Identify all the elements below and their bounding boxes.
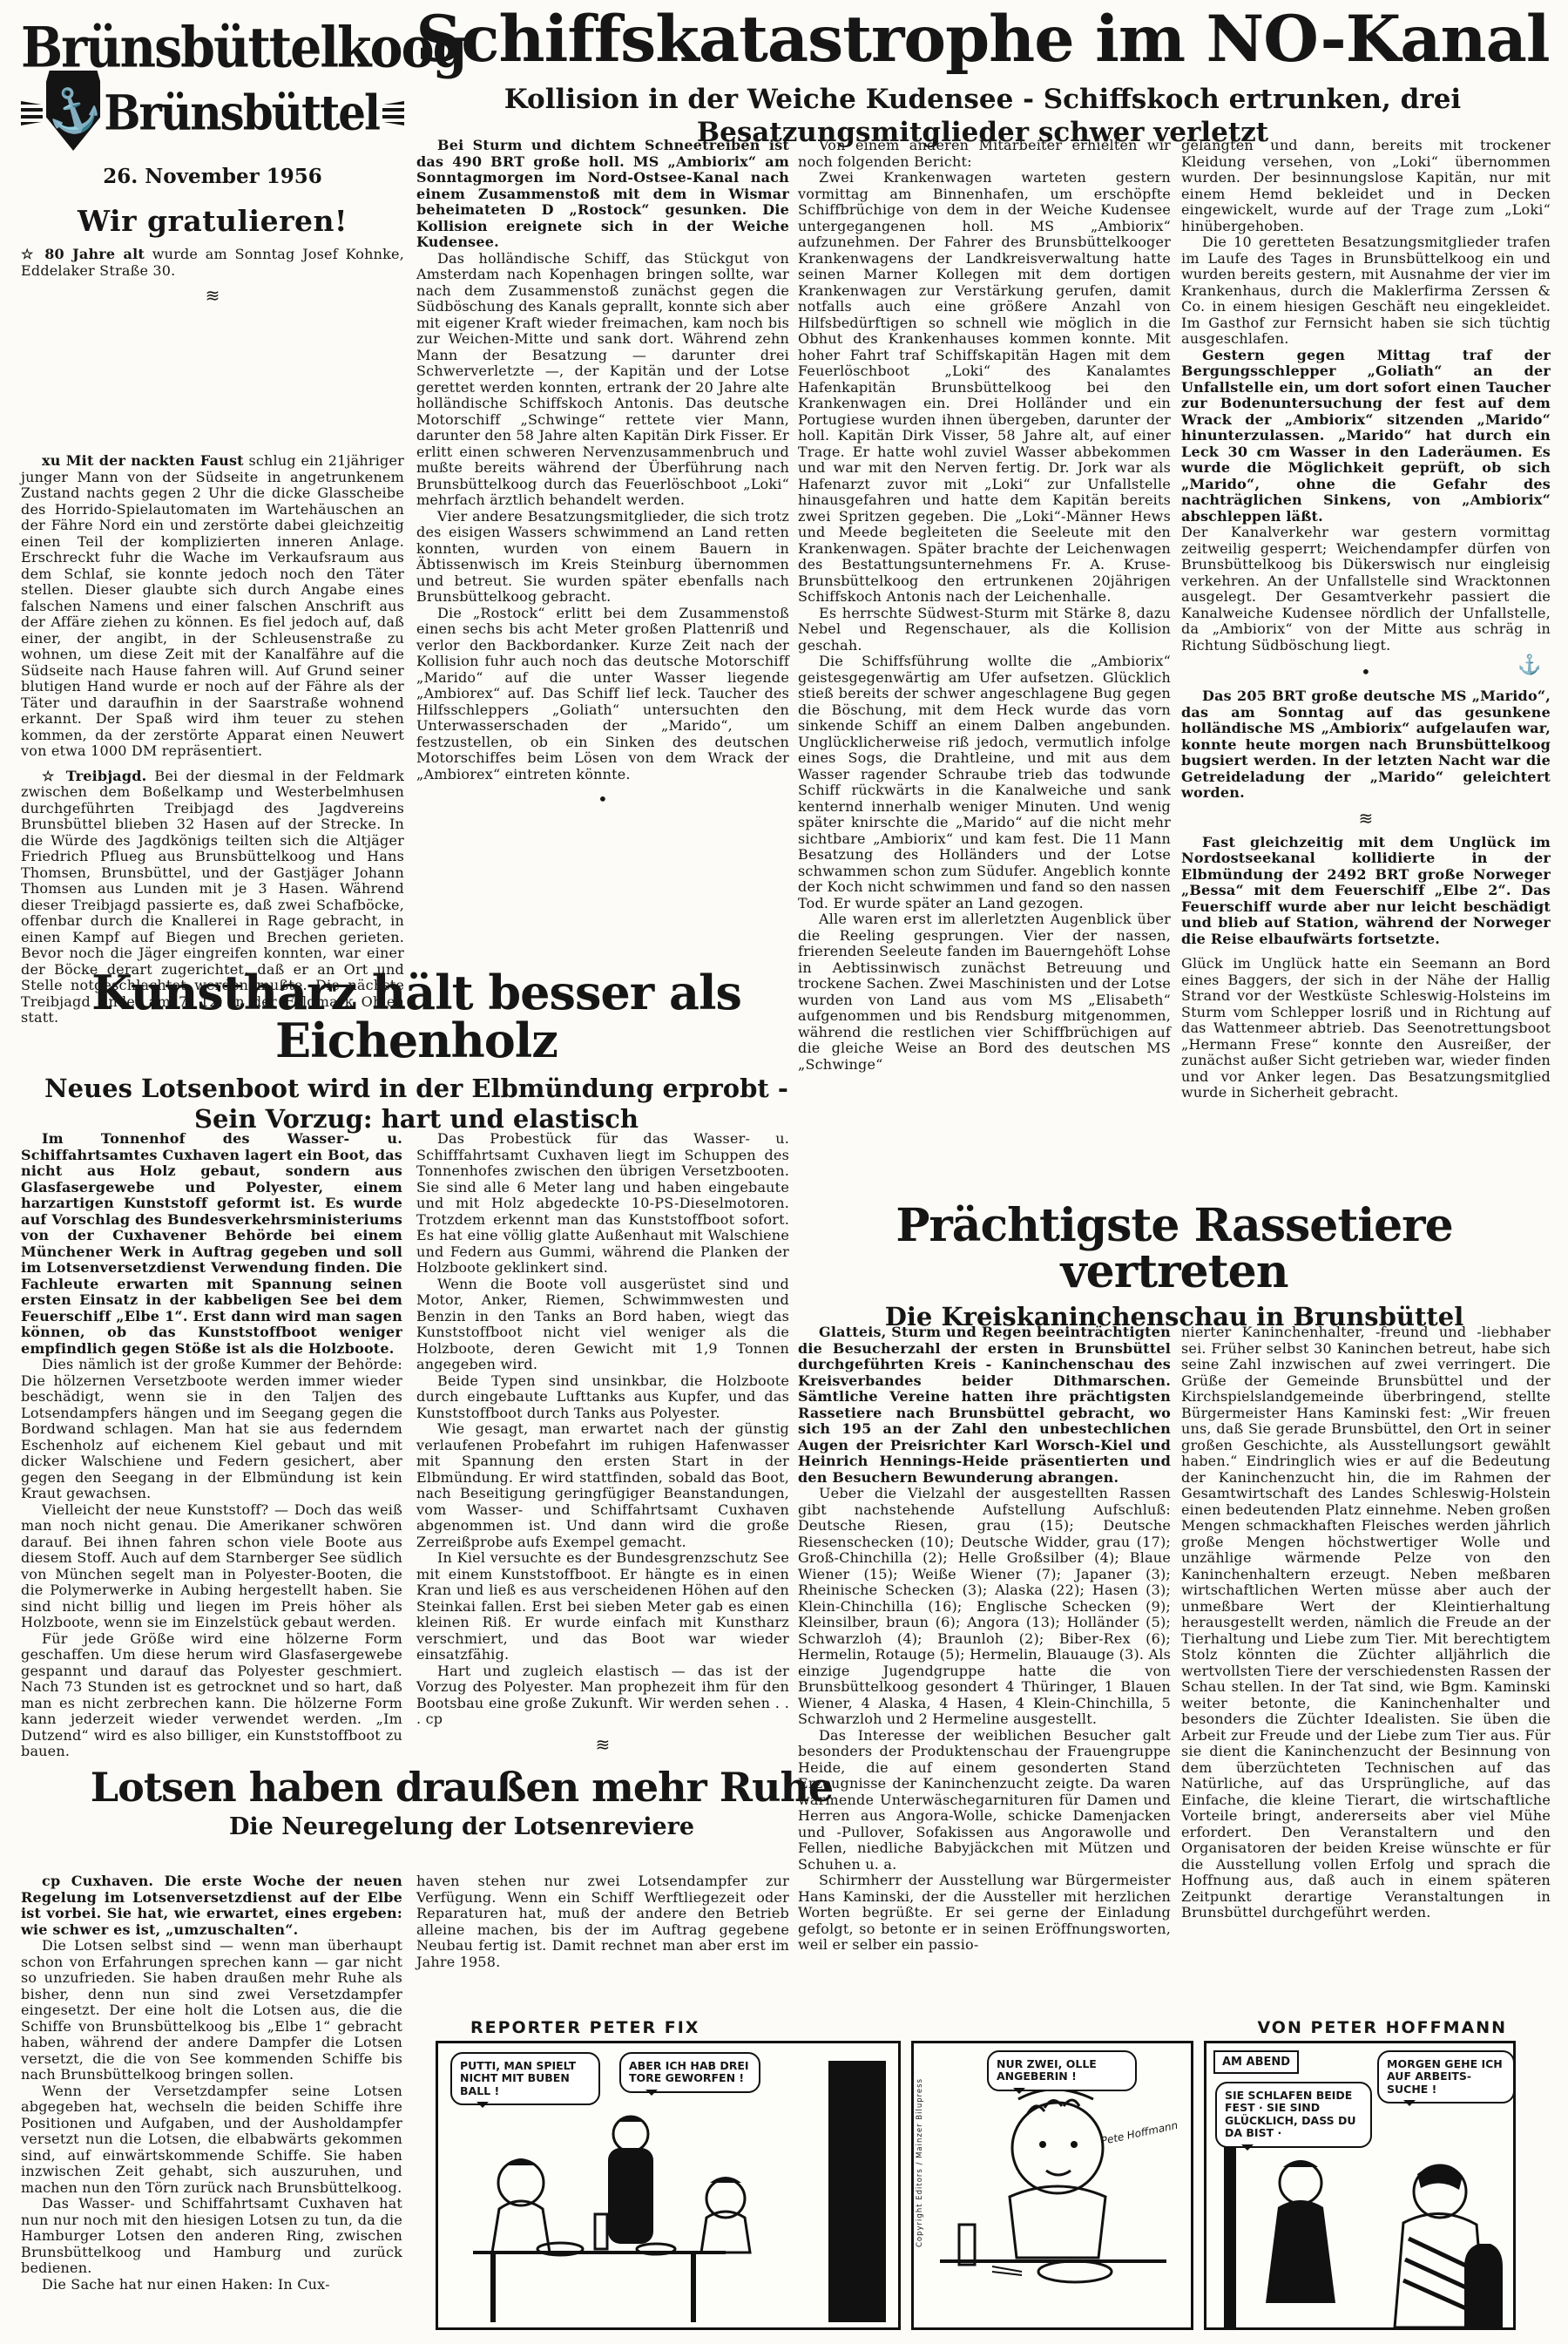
lead-col3-body-c: Glück im Unglück hatte ein Seemann an Bo… — [1181, 956, 1551, 1101]
lead-story-header: Schiffskatastrophe im NO-Kanal Kollision… — [409, 7, 1556, 149]
comic-label-left: REPORTER PETER FIX — [470, 2018, 700, 2037]
kunstharz-col1-body: Dies nämlich ist der große Kummer der Be… — [21, 1357, 402, 1760]
marido-bold-text: Das 205 BRT große deutsche MS „Marido“, … — [1181, 688, 1551, 801]
lead-intro-text: Bei Sturm und dichtem Schneetreiben ist … — [416, 137, 789, 250]
comic-strip: REPORTER PETER FIX VON PETER HOFFMANN — [436, 2018, 1516, 2330]
gratulieren-heading: Wir gratulieren! — [21, 204, 404, 238]
kunstharz-lead-paragraph: Im Tonnenhof des Wasser- u. Schiffahrtsa… — [21, 1131, 402, 1357]
lead-col2-body: Von einem anderen Mitarbeiter erhielten … — [798, 138, 1171, 1073]
rassetiere-column-1: Glatteis, Sturm und Regen beeinträchtigt… — [798, 1324, 1171, 1954]
speech-bubble: MORGEN GEHE ICH AUF ARBEITS- SUCHE ! — [1377, 2050, 1515, 2104]
comic-caption: AM ABEND — [1213, 2050, 1299, 2074]
gratulieren-lead: ☆ 80 Jahre alt — [21, 246, 145, 262]
kunstharz-column-2: Das Probestück für das Wasser- u. Schiff… — [416, 1131, 789, 1761]
lotsen-column-1: cp Cuxhaven. Die erste Woche der neuen R… — [21, 1873, 402, 2293]
newspaper-page: Brünsbüttelkoog ⚓ Brünsbüttel 26. Novemb… — [0, 0, 1568, 2344]
lead-story-column-3: gelangten und dann, bereits mit trockene… — [1181, 138, 1551, 1101]
comic-panels: PUTTI, MAN SPIELT NICHT MIT BUBEN BALL !… — [436, 2041, 1516, 2330]
kunstharz-header: Kunstharz hält besser als Eichenholz Neu… — [26, 969, 807, 1135]
rassetiere-lead-paragraph: Glatteis, Sturm und Regen beeinträchtigt… — [798, 1324, 1171, 1486]
lotsen-lead-paragraph: cp Cuxhaven. Die erste Woche der neuen R… — [21, 1873, 402, 1938]
gratulieren-text: ☆ 80 Jahre alt wurde am Sonntag Josef Ko… — [21, 247, 404, 279]
goliath-bold-text: Gestern gegen Mittag traf der Bergungssc… — [1181, 347, 1551, 525]
kunstharz-headline: Kunstharz hält besser als Eichenholz — [26, 969, 807, 1065]
ribbon-flourish-right — [382, 101, 404, 125]
wave-divider-3: ≋ — [416, 1733, 789, 1756]
comic-labels: REPORTER PETER FIX VON PETER HOFFMANN — [436, 2018, 1516, 2041]
rassetiere-col2-body: nierter Kaninchenhalter, -freund und -li… — [1181, 1324, 1551, 1921]
lead-intro-paragraph: Bei Sturm und dichtem Schneetreiben ist … — [416, 138, 789, 251]
lead-col3-body-b: Der Kanalverkehr war gestern vormittag z… — [1181, 525, 1551, 654]
wave-divider: ≋ — [21, 284, 404, 307]
lead-story-column-1: Bei Sturm und dichtem Schneetreiben ist … — [416, 138, 789, 816]
speech-bubble: NUR ZWEI, OLLE ANGEBERIN ! — [987, 2050, 1137, 2091]
masthead-title-line2: Brünsbüttel — [104, 90, 379, 138]
speech-bubble: PUTTI, MAN SPIELT NICHT MIT BUBEN BALL ! — [450, 2052, 600, 2105]
rassetiere-lead-text: Glatteis, Sturm und Regen beeinträchtigt… — [798, 1324, 1171, 1486]
lotsen-headline: Lotsen haben draußen mehr Ruhe — [35, 1767, 889, 1808]
lead-headline: Schiffskatastrophe im NO-Kanal — [409, 7, 1556, 71]
lotsen-lead-text: cp Cuxhaven. Die erste Woche der neuen R… — [21, 1873, 402, 1938]
lotsen-header: Lotsen haben draußen mehr Ruhe Die Neure… — [35, 1767, 889, 1841]
wave-divider-2: ≋ — [1181, 807, 1551, 830]
comic-label-right: VON PETER HOFFMANN — [1257, 2018, 1507, 2037]
faust-note-text: schlug ein 21jähriger junger Mann von de… — [21, 452, 404, 759]
kunstharz-column-1: Im Tonnenhof des Wasser- u. Schiffahrtsa… — [21, 1131, 402, 1760]
lotsen-subhead: Die Neuregelung der Lotsenreviere — [35, 1813, 889, 1841]
ribbon-flourish-left — [21, 101, 43, 125]
faust-note: xu Mit der nackten Faust schlug ein 21jä… — [21, 453, 404, 760]
rassetiere-col1-body: Ueber die Vielzahl der ausgestellten Ras… — [798, 1486, 1171, 1954]
masthead-title-row: ⚓ Brünsbüttel — [21, 76, 404, 151]
comic-panel-3: AM ABEND SIE SCHLAFEN BEIDE FEST · SIE S… — [1204, 2041, 1516, 2330]
marido-bold-paragraph: Das 205 BRT große deutsche MS „Marido“, … — [1181, 688, 1551, 802]
anchor-glyph: ⚓ — [41, 82, 106, 140]
dot-divider-2: • — [1181, 661, 1551, 683]
treibjagd-note-lead: ☆ Treibjagd. — [42, 768, 146, 784]
goliath-bold-paragraph: Gestern gegen Mittag traf der Bergungssc… — [1181, 348, 1551, 525]
lead-story-column-2: Von einem anderen Mitarbeiter erhielten … — [798, 138, 1171, 1073]
masthead: Brünsbüttelkoog ⚓ Brünsbüttel 26. Novemb… — [21, 23, 404, 312]
faust-note-lead: xu Mit der nackten Faust — [42, 452, 244, 469]
lotsen-column-2: haven stehen nur zwei Lotsendampfer zur … — [416, 1873, 789, 1970]
local-notes-column: xu Mit der nackten Faust schlug ein 21jä… — [21, 453, 404, 1026]
masthead-title-line1: Brünsbüttelkoog — [21, 20, 404, 76]
issue-date: 26. November 1956 — [21, 165, 404, 188]
speech-bubble: ABER ICH HAB DREI TORE GEWORFEN ! — [619, 2052, 760, 2093]
lead-col1-body: Das holländische Schiff, das Stückgut vo… — [416, 251, 789, 783]
anchor-crest-icon: ⚓ — [46, 71, 100, 151]
rassetiere-header: Prächtigste Rassetiere vertreten Die Kre… — [789, 1202, 1559, 1332]
rassetiere-column-2: nierter Kaninchenhalter, -freund und -li… — [1181, 1324, 1551, 1921]
speech-bubble: SIE SCHLAFEN BEIDE FEST · SIE SIND GLÜCK… — [1215, 2082, 1372, 2148]
dot-divider: • — [416, 788, 789, 810]
lead-col3-body-a: gelangten und dann, bereits mit trockene… — [1181, 138, 1551, 348]
lotsen-col1-body: Die Lotsen selbst sind — wenn man überha… — [21, 1938, 402, 2293]
comic-panel-2: NUR ZWEI, OLLE ANGEBERIN ! Copyright Edi… — [911, 2041, 1193, 2330]
kunstharz-subhead: Neues Lotsenboot wird in der Elbmündung … — [33, 1074, 800, 1135]
kunstharz-lead-text: Im Tonnenhof des Wasser- u. Schiffahrtsa… — [21, 1130, 402, 1357]
bessa-bold-text: Fast gleichzeitig mit dem Unglück im Nor… — [1181, 834, 1551, 947]
comic-copyright: Copyright Editors / Mainzer Bilupress — [916, 2078, 924, 2247]
bessa-bold-paragraph: Fast gleichzeitig mit dem Unglück im Nor… — [1181, 835, 1551, 948]
comic-panel-1: PUTTI, MAN SPIELT NICHT MIT BUBEN BALL !… — [436, 2041, 901, 2330]
rassetiere-headline: Prächtigste Rassetiere vertreten — [789, 1202, 1559, 1295]
kunstharz-col2-body: Das Probestück für das Wasser- u. Schiff… — [416, 1131, 789, 1728]
lotsen-col2-body: haven stehen nur zwei Lotsendampfer zur … — [416, 1873, 789, 1970]
